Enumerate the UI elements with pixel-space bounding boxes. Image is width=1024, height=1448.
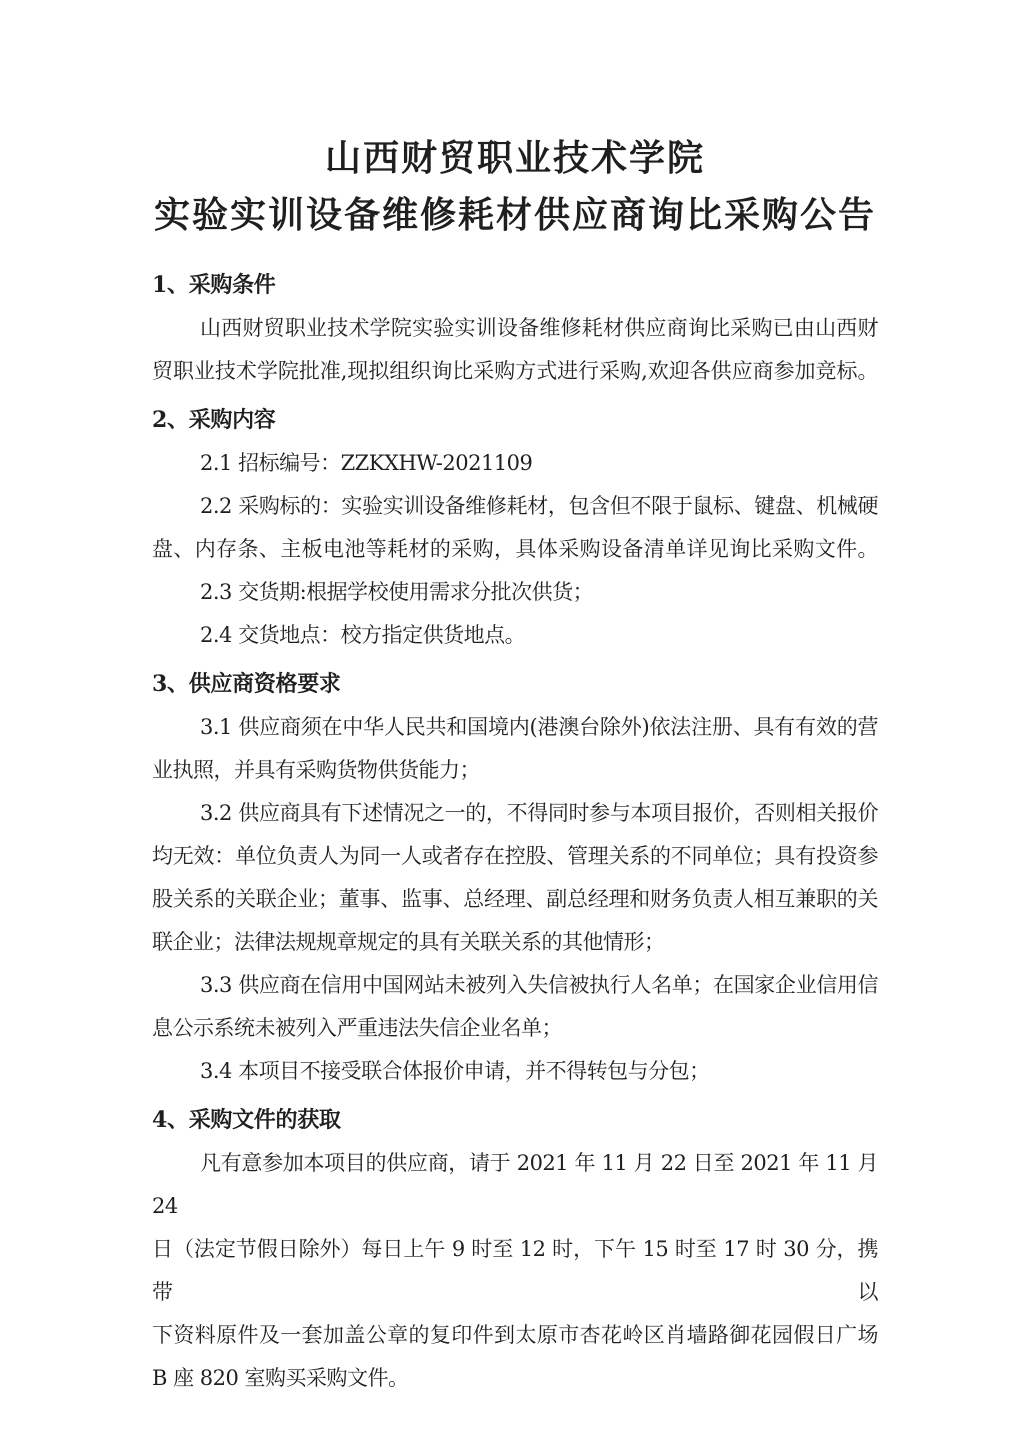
section-3: 3、供应商资格要求 3.1 供应商须在中华人民共和国境内(港澳台除外)依法注册、… — [152, 663, 878, 1093]
document-content: 山西财贸职业技术学院 实验实训设备维修耗材供应商询比采购公告 1、采购条件 山西… — [152, 0, 878, 1400]
section-4: 4、采购文件的获取 凡有意参加本项目的供应商，请于 2021 年 11 月 22… — [152, 1099, 878, 1400]
section-3-item-3-2-line-4: 联企业；法律法规规章规定的具有关联关系的其他情形； — [152, 921, 878, 964]
section-2-item-2-1: 2.1 招标编号：ZZKXHW-2021109 — [152, 442, 878, 485]
section-4-para-line-2: 日（法定节假日除外）每日上午 9 时至 12 时，下午 15 时至 17 时 3… — [152, 1228, 878, 1314]
section-3-item-3-2-line-1: 3.2 供应商具有下述情况之一的，不得同时参与本项目报价，否则相关报价 — [152, 792, 878, 835]
section-3-item-3-3-line-2: 息公示系统未被列入严重违法失信企业名单； — [152, 1007, 878, 1050]
section-4-para-line-4: B 座 820 室购买采购文件。 — [152, 1357, 878, 1400]
section-4-para-line-3: 下资料原件及一套加盖公章的复印件到太原市杏花岭区肖墙路御花园假日广场 — [152, 1314, 878, 1357]
section-2-item-2-3: 2.3 交货期:根据学校使用需求分批次供货； — [152, 571, 878, 614]
section-1: 1、采购条件 山西财贸职业技术学院实验实训设备维修耗材供应商询比采购已由山西财 … — [152, 264, 878, 393]
title-line-2: 实验实训设备维修耗材供应商询比采购公告 — [152, 187, 878, 244]
section-1-line-1: 山西财贸职业技术学院实验实训设备维修耗材供应商询比采购已由山西财 — [152, 307, 878, 350]
section-4-para-line-1: 凡有意参加本项目的供应商，请于 2021 年 11 月 22 日至 2021 年… — [152, 1142, 878, 1228]
section-2-item-2-4: 2.4 交货地点：校方指定供货地点。 — [152, 614, 878, 657]
section-3-item-3-2-line-2: 均无效：单位负责人为同一人或者存在控股、管理关系的不同单位；具有投资参 — [152, 835, 878, 878]
section-1-line-2: 贸职业技术学院批准,现拟组织询比采购方式进行采购,欢迎各供应商参加竞标。 — [152, 350, 878, 393]
section-4-heading: 4、采购文件的获取 — [152, 1099, 878, 1142]
section-2: 2、采购内容 2.1 招标编号：ZZKXHW-2021109 2.2 采购标的：… — [152, 399, 878, 657]
section-3-item-3-1-line-1: 3.1 供应商须在中华人民共和国境内(港澳台除外)依法注册、具有有效的营 — [152, 706, 878, 749]
document-page: 山西财贸职业技术学院 实验实训设备维修耗材供应商询比采购公告 1、采购条件 山西… — [0, 0, 1024, 1448]
section-3-heading: 3、供应商资格要求 — [152, 663, 878, 706]
section-3-item-3-4: 3.4 本项目不接受联合体报价申请，并不得转包与分包； — [152, 1050, 878, 1093]
section-2-item-2-2-line-1: 2.2 采购标的：实验实训设备维修耗材，包含但不限于鼠标、键盘、机械硬 — [152, 485, 878, 528]
title-line-1: 山西财贸职业技术学院 — [152, 130, 878, 187]
section-3-item-3-2-line-3: 股关系的关联企业；董事、监事、总经理、副总经理和财务负责人相互兼职的关 — [152, 878, 878, 921]
section-3-item-3-3-line-1: 3.3 供应商在信用中国网站未被列入失信被执行人名单；在国家企业信用信 — [152, 964, 878, 1007]
document-title: 山西财贸职业技术学院 实验实训设备维修耗材供应商询比采购公告 — [152, 0, 878, 244]
section-2-heading: 2、采购内容 — [152, 399, 878, 442]
section-3-item-3-1-line-2: 业执照，并具有采购货物供货能力； — [152, 749, 878, 792]
section-2-item-2-2-line-2: 盘、内存条、主板电池等耗材的采购，具体采购设备清单详见询比采购文件。 — [152, 528, 878, 571]
section-1-heading: 1、采购条件 — [152, 264, 878, 307]
